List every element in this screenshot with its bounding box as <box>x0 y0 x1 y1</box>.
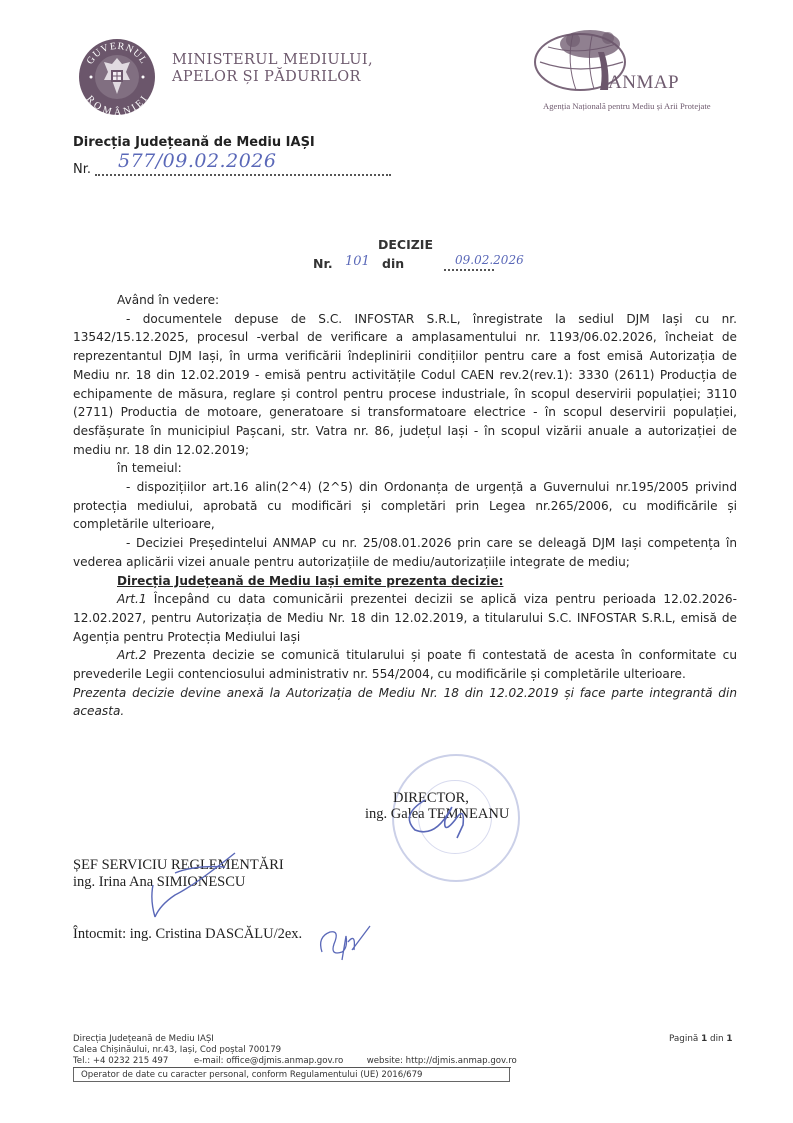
decision-date-label: din <box>382 256 404 271</box>
agency-subtitle: Agenția Națională pentru Mediu și Arii P… <box>543 101 711 111</box>
article-2-text: Prezenta decizie se comunică titularului… <box>73 648 737 681</box>
footer-address-block: Direcția Județeană de Mediu IAȘI Calea C… <box>73 1034 281 1056</box>
chief-signature-icon <box>135 845 245 925</box>
government-seal-icon: GUVERNUL ROMÂNIEI <box>78 38 156 116</box>
considerations-paragraph: - documentele depuse de S.C. INFOSTAR S.… <box>73 310 737 460</box>
agency-name: ANMAP <box>608 72 679 94</box>
footer-department: Direcția Județeană de Mediu IAȘI <box>73 1034 281 1045</box>
department-name: Direcția Județeană de Mediu IAȘI <box>73 135 315 150</box>
footer-contact: Tel.: +4 0232 215 497 e-mail: office@djm… <box>73 1056 517 1066</box>
gdpr-notice: Operator de date cu caracter personal, c… <box>73 1068 510 1082</box>
annex-statement: Prezenta decizie devine anexă la Autoriz… <box>73 684 737 721</box>
article-2-label: Art.2 <box>117 648 147 662</box>
page-current: 1 <box>701 1034 707 1044</box>
ministry-line-2: APELOR ȘI PĂDURILOR <box>172 69 373 86</box>
footer-website[interactable]: website: http://djmis.anmap.gov.ro <box>367 1056 517 1066</box>
decision-body: Având în vedere: - documentele depuse de… <box>73 291 737 721</box>
decision-number-handwritten: 101 <box>345 254 370 269</box>
preparer-signature-icon <box>312 922 372 966</box>
legal-basis-paragraph-2: - Deciziei Președintelui ANMAP cu nr. 25… <box>73 534 737 571</box>
legal-basis-heading: în temeiul: <box>73 459 737 478</box>
footer-address: Calea Chișinăului, nr.43, Iași, Cod poșt… <box>73 1045 281 1056</box>
document-title: DECIZIE <box>378 237 433 252</box>
legal-basis-paragraph-1: - dispozițiilor art.16 alin(2^4) (2^5) d… <box>73 478 737 534</box>
director-signature-icon <box>395 780 485 840</box>
intro-paragraph: Având în vedere: <box>73 291 737 310</box>
article-1: Art.1 Începând cu data comunicării preze… <box>73 590 737 646</box>
decision-number-label: Nr. <box>313 256 333 271</box>
ministry-name: MINISTERUL MEDIULUI, APELOR ȘI PĂDURILOR <box>172 52 373 86</box>
ministry-line-1: MINISTERUL MEDIULUI, <box>172 52 373 69</box>
prepared-by: Întocmit: ing. Cristina DASCĂLU/2ex. <box>73 926 302 943</box>
footer-email[interactable]: e-mail: office@djmis.anmap.gov.ro <box>194 1056 343 1066</box>
registration-label: Nr. <box>73 162 91 177</box>
registration-number-handwritten: 577/09.02.2026 <box>118 150 276 172</box>
decision-date-handwritten: 09.02.2026 <box>455 253 524 267</box>
page-separator: din <box>710 1034 724 1044</box>
article-1-text: Începând cu data comunicării prezentei d… <box>73 592 737 643</box>
issuing-statement: Direcția Județeană de Mediu Iași emite p… <box>117 574 503 588</box>
article-1-label: Art.1 <box>117 592 147 606</box>
page-number: Pagină 1 din 1 <box>669 1034 733 1044</box>
page-total: 1 <box>726 1034 732 1044</box>
page-label: Pagină <box>669 1034 698 1044</box>
article-2: Art.2 Prezenta decizie se comunică titul… <box>73 646 737 683</box>
footer-phone: Tel.: +4 0232 215 497 <box>73 1056 168 1066</box>
